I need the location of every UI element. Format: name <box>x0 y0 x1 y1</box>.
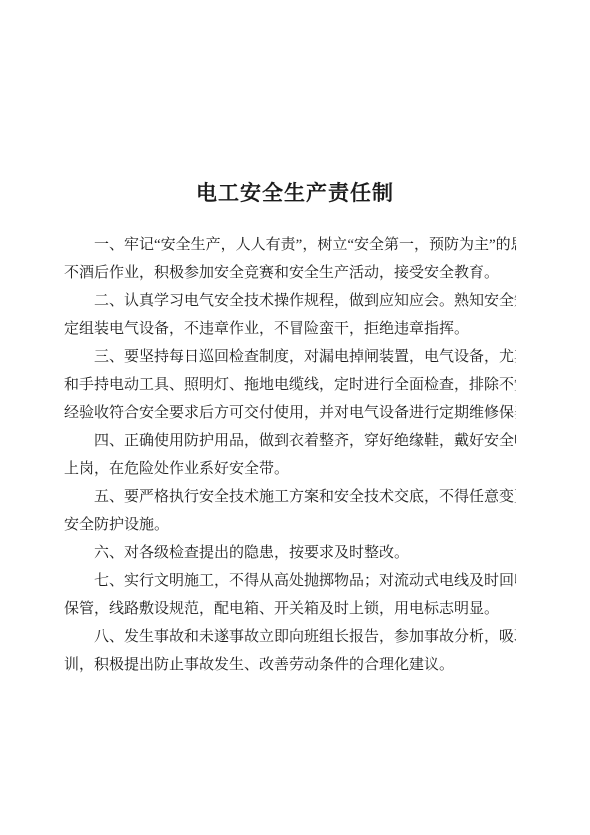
paragraph-4-line: 四、正确使用防护用品，做到衣着整齐，穿好绝缘鞋，戴好安全帽，整装 <box>64 427 516 455</box>
paragraph-5-line: 安全防护设施。 <box>64 511 516 539</box>
document-body: 一、牢记“安全生产，人人有责”，树立“安全第一，预防为主”的思想，不酒后作业，积… <box>64 231 516 679</box>
paragraph-5-line: 五、要严格执行安全技术施工方案和安全技术交底，不得任意变更、拆除 <box>64 483 516 511</box>
paragraph-8-line: 八、发生事故和未遂事故立即向班组长报告，参加事故分析，吸取事故教 <box>64 623 516 651</box>
paragraph-3-line: 经验收符合安全要求后方可交付使用，并对电气设备进行定期维修保养。 <box>64 399 516 427</box>
paragraph-1-line: 一、牢记“安全生产，人人有责”，树立“安全第一，预防为主”的思想， <box>64 231 516 259</box>
paragraph-2-line: 二、认真学习电气安全技术操作规程，做到应知应会。熟知安全知识，按规 <box>64 287 516 315</box>
paragraph-2-line: 定组装电气设备，不违章作业，不冒险蛮干，拒绝违章指挥。 <box>64 315 516 343</box>
document-title: 电工安全生产责任制 <box>0 179 590 209</box>
paragraph-6-line: 六、对各级检查提出的隐患，按要求及时整改。 <box>64 539 516 567</box>
paragraph-1-line: 不酒后作业，积极参加安全竞赛和安全生产活动，接受安全教育。 <box>64 259 516 287</box>
paragraph-3-line: 三、要坚持每日巡回检查制度，对漏电掉闸装置，电气设备，尤其是移动 <box>64 343 516 371</box>
paragraph-3-line: 和手持电动工具、照明灯、拖地电缆线，定时进行全面检查，排除不安全因素， <box>64 371 516 399</box>
paragraph-7-line: 保管，线路敷设规范，配电箱、开关箱及时上锁，用电标志明显。 <box>64 595 516 623</box>
paragraph-4-line: 上岗，在危险处作业系好安全带。 <box>64 455 516 483</box>
paragraph-8-line: 训，积极提出防止事故发生、改善劳动条件的合理化建议。 <box>64 651 516 679</box>
document-page: 电工安全生产责任制 一、牢记“安全生产，人人有责”，树立“安全第一，预防为主”的… <box>0 0 590 835</box>
paragraph-7-line: 七、实行文明施工，不得从高处抛掷物品；对流动式电线及时回收，妥善 <box>64 567 516 595</box>
